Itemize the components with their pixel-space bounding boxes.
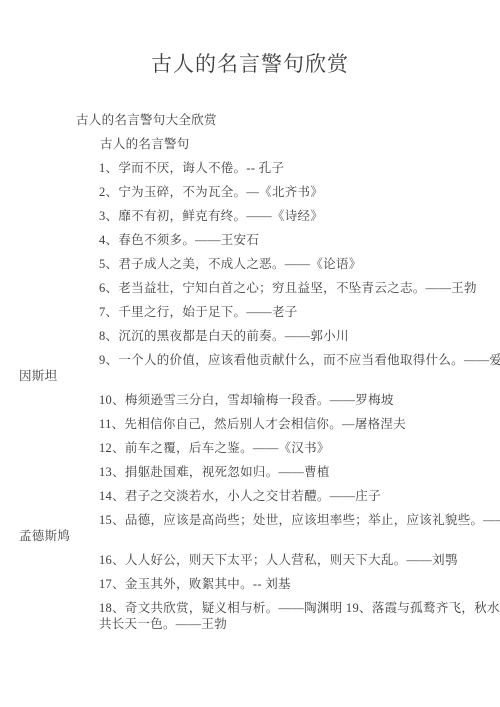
quote-line: 16、人人好公，则天下太平；人人营私，则天下大乱。——刘鹗 [19, 552, 468, 568]
quote-line: 3、靡不有初，鲜克有终。——《诗经》 [19, 208, 468, 224]
document-title: 古人的名言警句欣赏 [0, 0, 500, 78]
quote-line: 8、沉沉的黑夜都是白天的前奏。——郭小川 [19, 328, 468, 344]
quote-line: 17、金玉其外，败絮其中。-- 刘基 [19, 576, 468, 592]
quote-paragraph: 18、奇文共欣赏，疑义相与析。——陶渊明 19、落霞与孤鹜齐飞，秋水共长天一色。… [19, 600, 468, 632]
quote-paragraph: 14、君子之交淡若水，小人之交甘若醴。——庄子 [19, 488, 468, 504]
quote-line: 11、先相信你自己，然后别人才会相信你。—屠格涅夫 [19, 416, 468, 432]
quote-line: 7、千里之行，始于足下。——老子 [19, 304, 468, 320]
quote-line-continuation: 孟德斯鸠 [19, 528, 468, 544]
quote-paragraph: 5、君子成人之美，不成人之恶。——《论语》 [19, 256, 468, 272]
quote-line: 14、君子之交淡若水，小人之交甘若醴。——庄子 [19, 488, 468, 504]
quote-line: 2、宁为玉碎，不为瓦全。—《北齐书》 [19, 184, 468, 200]
quote-line: 4、春色不须多。——王安石 [19, 232, 468, 248]
quote-line: 10、梅须逊雪三分白，雪却输梅一段香。——罗梅坡 [19, 392, 468, 408]
quote-paragraph: 8、沉沉的黑夜都是白天的前奏。——郭小川 [19, 328, 468, 344]
section-heading-paragraph: 古人的名言警句 [19, 136, 468, 152]
quote-line: 5、君子成人之美，不成人之恶。——《论语》 [19, 256, 468, 272]
quote-line: 13、捐躯赴国难，视死忽如归。——曹植 [19, 464, 468, 480]
quote-line: 15、品德，应该是高尚些；处世，应该坦率些；举止，应该礼貌些。—— [19, 512, 468, 528]
quote-line: 6、老当益壮，宁知白首之心；穷且益坚，不坠青云之志。——王勃 [19, 280, 468, 296]
quote-line: 18、奇文共欣赏，疑义相与析。——陶渊明 19、落霞与孤鹜齐飞，秋水 [19, 600, 468, 616]
section-heading: 古人的名言警句 [19, 136, 468, 152]
quote-line: 1、学而不厌，诲人不倦。-- 孔子 [19, 160, 468, 176]
quote-paragraph: 4、春色不须多。——王安石 [19, 232, 468, 248]
quote-paragraph: 15、品德，应该是高尚些；处世，应该坦率些；举止，应该礼貌些。——孟德斯鸠 [19, 512, 468, 544]
quote-paragraph: 6、老当益壮，宁知白首之心；穷且益坚，不坠青云之志。——王勃 [19, 280, 468, 296]
subtitle-paragraph: 古人的名言警句大全欣赏 [19, 112, 468, 128]
quote-paragraph: 10、梅须逊雪三分白，雪却输梅一段香。——罗梅坡 [19, 392, 468, 408]
quote-paragraph: 3、靡不有初，鲜克有终。——《诗经》 [19, 208, 468, 224]
quote-paragraph: 12、前车之覆，后车之鉴。——《汉书》 [19, 440, 468, 456]
document-subtitle: 古人的名言警句大全欣赏 [19, 112, 468, 128]
quote-paragraph: 1、学而不厌，诲人不倦。-- 孔子 [19, 160, 468, 176]
quote-line-continuation: 共长天一色。——王勃 [19, 616, 468, 632]
quote-paragraph: 16、人人好公，则天下太平；人人营私，则天下大乱。——刘鹗 [19, 552, 468, 568]
document-page: 古人的名言警句欣赏 古人的名言警句大全欣赏 古人的名言警句 1、学而不厌，诲人不… [0, 0, 500, 707]
quote-list: 1、学而不厌，诲人不倦。-- 孔子2、宁为玉碎，不为瓦全。—《北齐书》3、靡不有… [19, 160, 468, 632]
quote-paragraph: 11、先相信你自己，然后别人才会相信你。—屠格涅夫 [19, 416, 468, 432]
quote-line: 12、前车之覆，后车之鉴。——《汉书》 [19, 440, 468, 456]
quote-paragraph: 2、宁为玉碎，不为瓦全。—《北齐书》 [19, 184, 468, 200]
quote-line-continuation: 因斯坦 [19, 368, 468, 384]
quote-paragraph: 13、捐躯赴国难，视死忽如归。——曹植 [19, 464, 468, 480]
quote-paragraph: 17、金玉其外，败絮其中。-- 刘基 [19, 576, 468, 592]
quote-paragraph: 9、一个人的价值，应该看他贡献什么，而不应当看他取得什么。——爱因斯坦 [19, 352, 468, 384]
quote-paragraph: 7、千里之行，始于足下。——老子 [19, 304, 468, 320]
quote-line: 9、一个人的价值，应该看他贡献什么，而不应当看他取得什么。——爱 [19, 352, 468, 368]
document-body: 古人的名言警句大全欣赏 古人的名言警句 1、学而不厌，诲人不倦。-- 孔子2、宁… [0, 78, 500, 632]
